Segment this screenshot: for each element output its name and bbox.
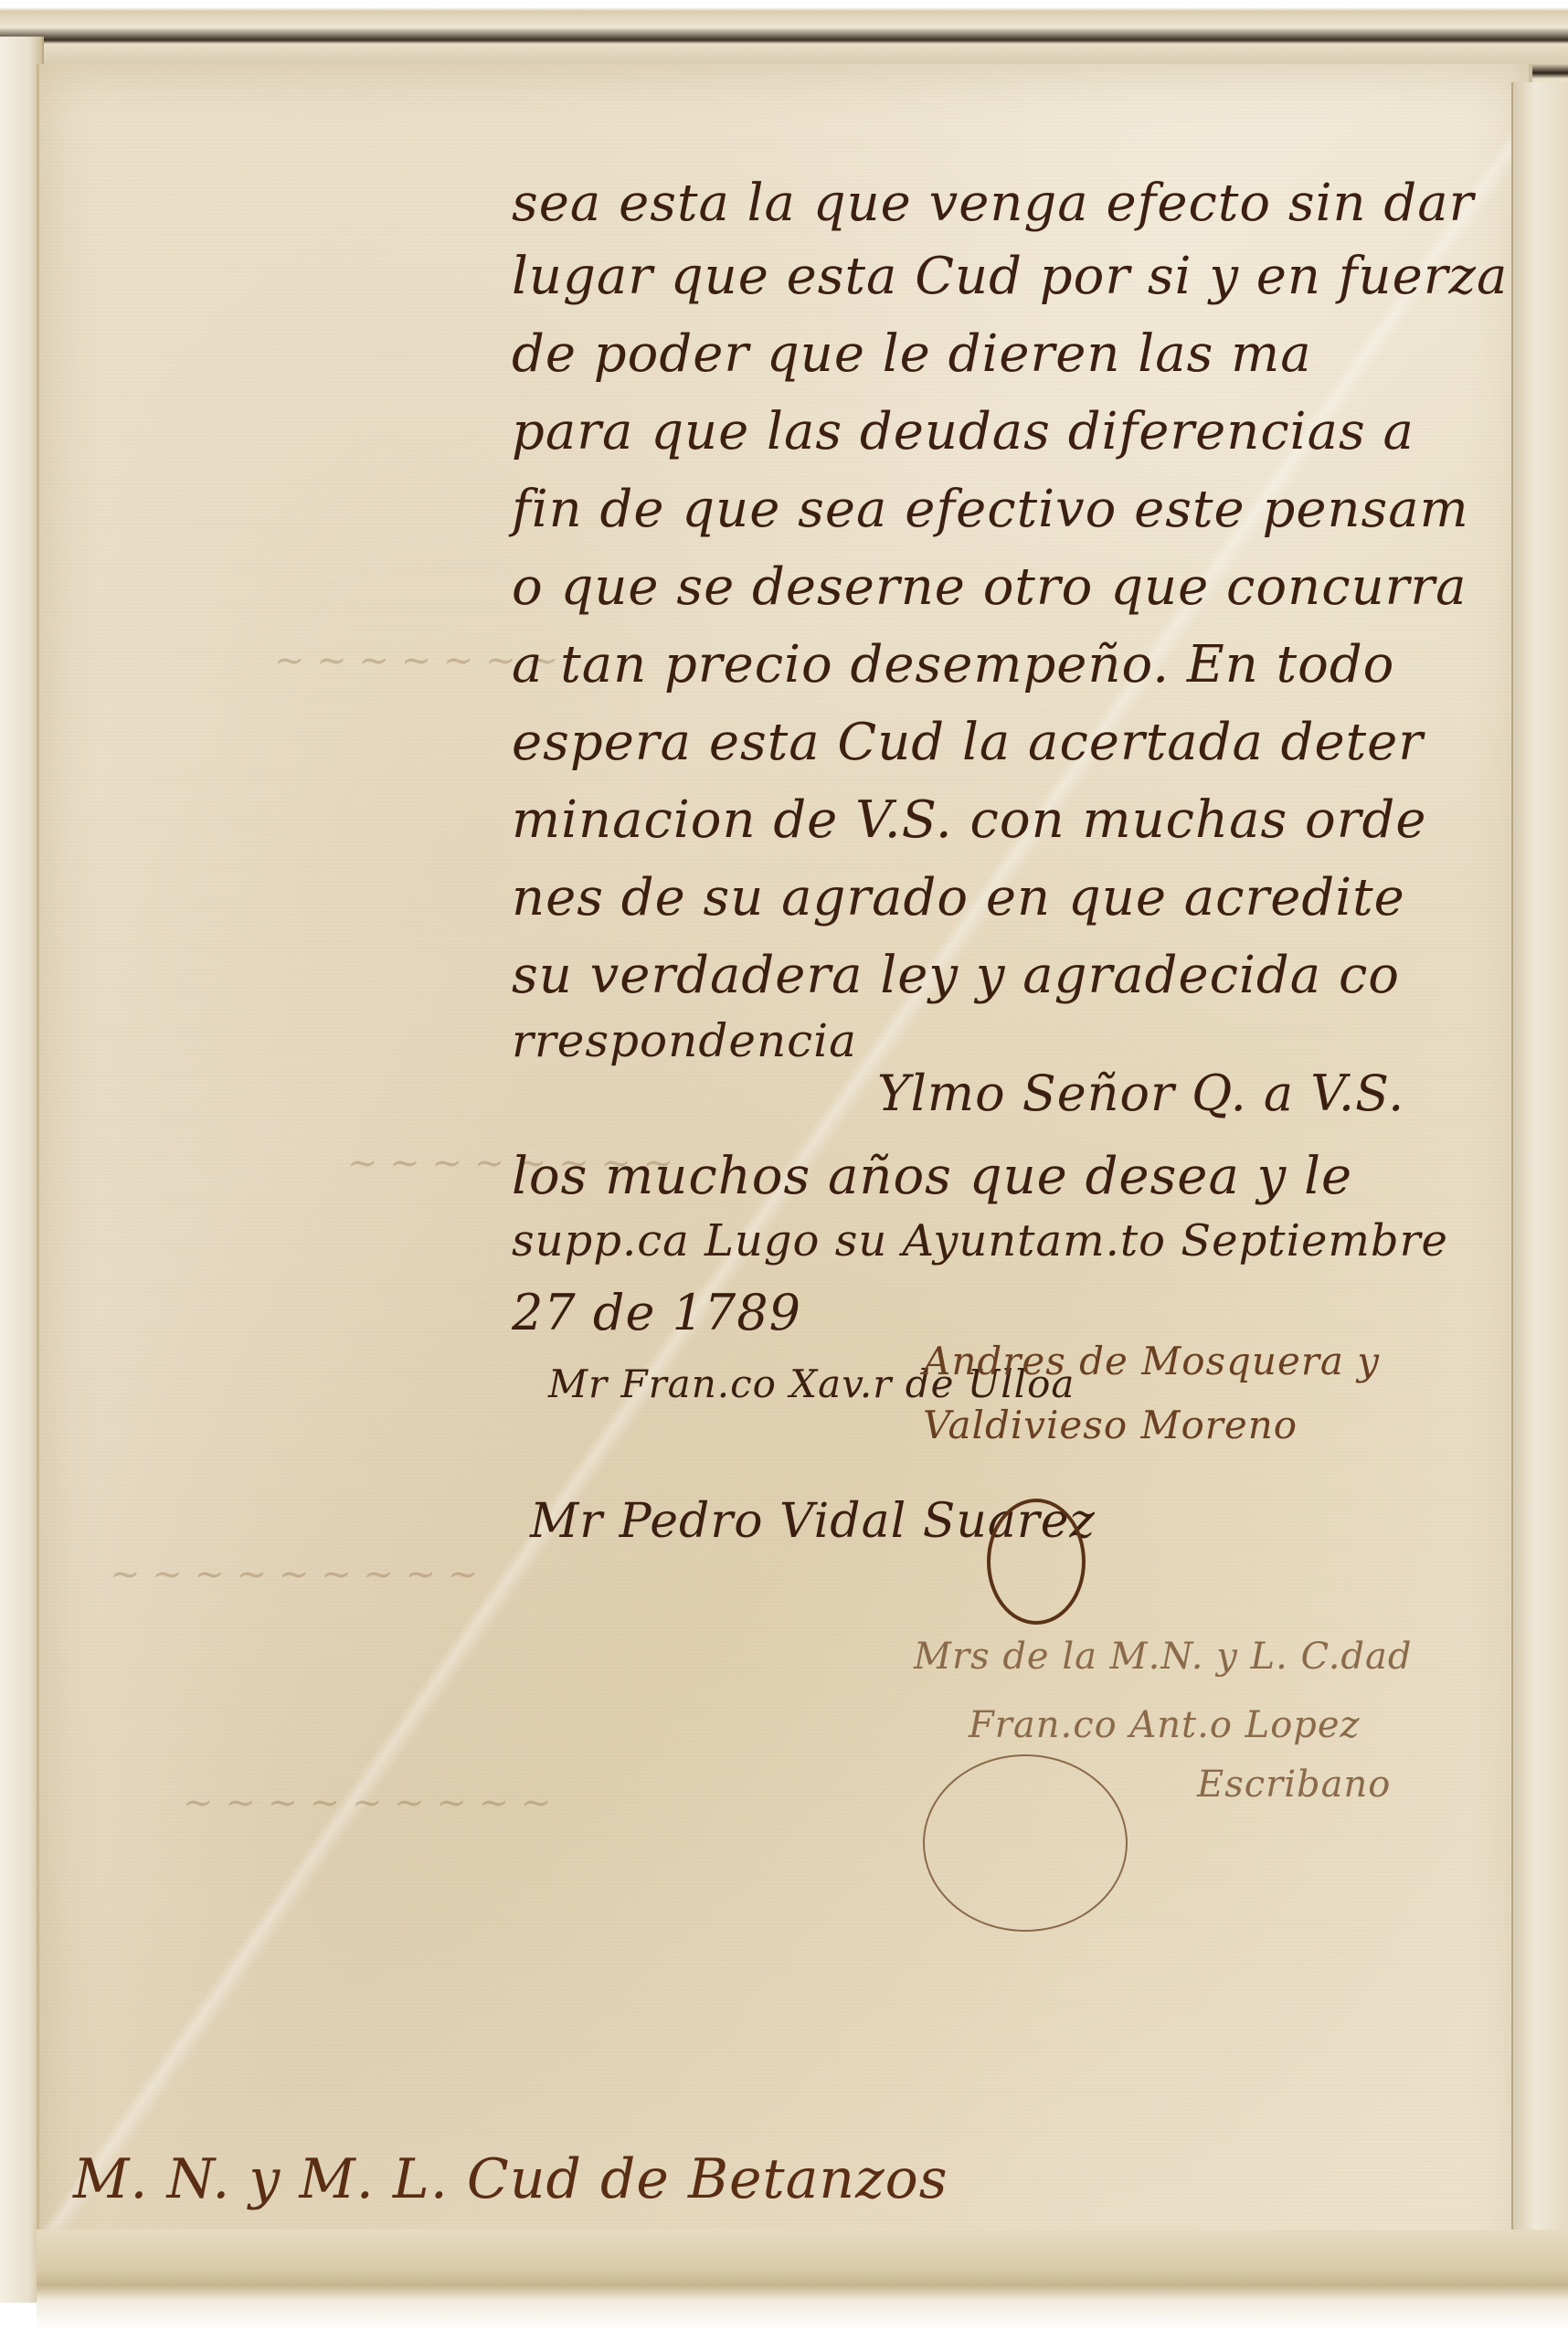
body-line: rrespondencia: [512, 1014, 857, 1067]
right-folded-flap: [1511, 82, 1568, 2312]
body-line: nes de su agrado en que acredite: [512, 868, 1405, 927]
body-line: sea esta la que venga efecto sin dar: [512, 174, 1474, 233]
signature: Escribano: [1197, 1764, 1391, 1806]
body-line: su verdadera ley y agradecida co: [512, 946, 1400, 1005]
body-line: o que se deserne otro que concurra: [512, 557, 1467, 617]
signature: Andres de Mosquera y Valdivieso Moreno: [923, 1330, 1471, 1457]
signature: Fran.co Ant.o Lopez: [969, 1704, 1361, 1746]
body-line: lugar que esta Cud por si y en fuerza: [512, 247, 1508, 306]
bleed-through-text: ~ ~ ~ ~ ~ ~ ~ ~ ~: [183, 1782, 551, 1824]
bleed-through-text: ~ ~ ~ ~ ~ ~ ~ ~ ~: [110, 1553, 478, 1595]
body-line: a tan precio desempeño. En todo: [512, 635, 1394, 694]
signature-flourish: [923, 1754, 1128, 1932]
address-line: M. N. y M. L. Cud de Betanzos: [73, 2147, 948, 2211]
closing-date: 27 de 1789: [512, 1284, 801, 1341]
closing-line: los muchos años que desea y le: [512, 1147, 1352, 1206]
body-line: espera esta Cud la acertada deter: [512, 713, 1424, 772]
body-line: fin de que sea efectivo este pensam: [512, 480, 1469, 539]
closing-line: supp.ca Lugo su Ayuntam.to Septiembre: [512, 1215, 1448, 1266]
page-bottom-edge: [37, 2230, 1568, 2331]
body-line: para que las deudas diferencias a: [512, 402, 1414, 461]
body-line: de poder que le dieren las ma: [512, 324, 1312, 384]
signature: Mrs de la M.N. y L. C.dad: [914, 1636, 1412, 1678]
signature-flourish: [987, 1499, 1086, 1625]
closing-salutation: Ylmo Señor Q. a V.S.: [877, 1065, 1404, 1122]
body-line: minacion de V.S. con muchas orde: [512, 790, 1426, 850]
